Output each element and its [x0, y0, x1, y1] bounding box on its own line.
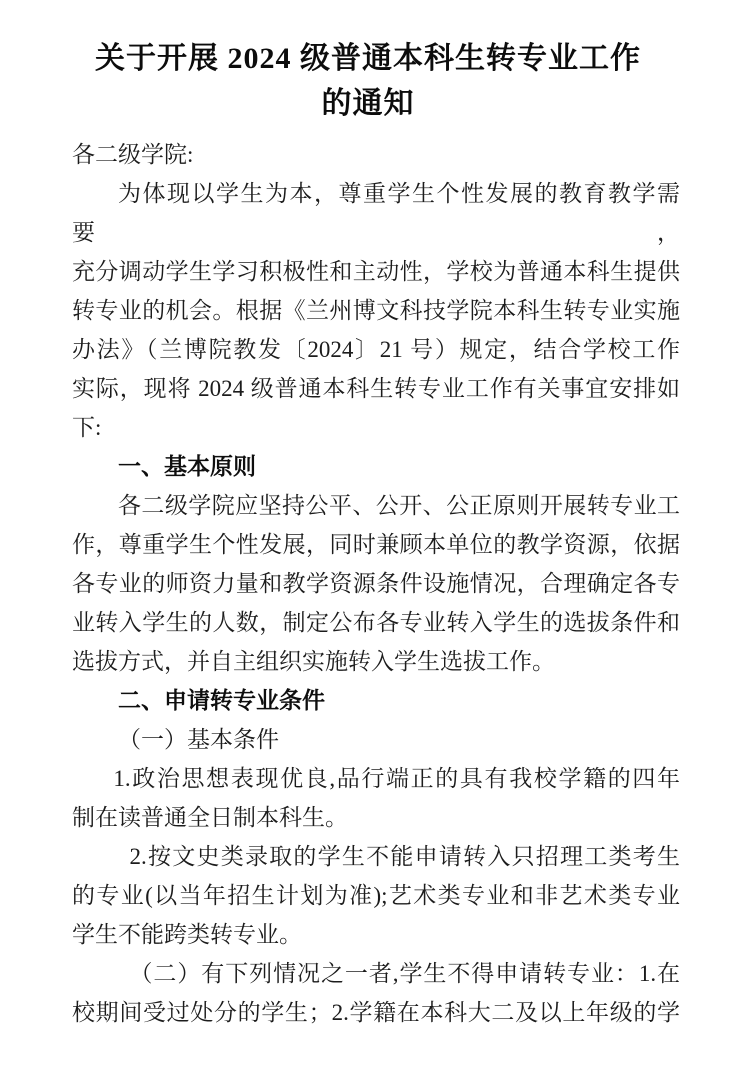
- paragraph: 2.按文史类录取的学生不能申请转入只招理工类考生的专业(以当年招生计划为准);艺…: [72, 837, 680, 954]
- text-line: 选拔方式，并自主组织实施转入学生选拔工作。: [72, 642, 680, 681]
- text-line: 业转入学生的人数，制定公布各专业转入学生的选拔条件和: [72, 603, 680, 642]
- document-title-line-2: 的通知: [0, 81, 736, 126]
- text-line: 二、申请转专业条件: [72, 681, 680, 720]
- text-line: 各二级学院:: [72, 135, 680, 174]
- document-title-line-1: 关于开展 2024 级普通本科生转专业工作: [0, 36, 736, 81]
- text-line: 各二级学院应坚持公平、公开、公正原则开展转专业工: [72, 486, 680, 525]
- text-line: 学生不能跨类转专业。: [72, 915, 680, 954]
- paragraph: （二）有下列情况之一者,学生不得申请转专业：1.在校期间受过处分的学生；2.学籍…: [72, 954, 680, 1032]
- document-title: 关于开展 2024 级普通本科生转专业工作 的通知: [0, 0, 736, 126]
- text-line: 校期间受过处分的学生；2.学籍在本科大二及以上年级的学: [72, 993, 680, 1032]
- text-line: （一）基本条件: [72, 720, 680, 759]
- text-line: （二）有下列情况之一者,学生不得申请转专业：1.在: [72, 954, 680, 993]
- paragraph: 各二级学院应坚持公平、公开、公正原则开展转专业工作，尊重学生个性发展，同时兼顾本…: [72, 486, 680, 681]
- paragraph: （一）基本条件: [72, 720, 680, 759]
- document-page: 关于开展 2024 级普通本科生转专业工作 的通知 各二级学院:为体现以学生为本…: [0, 0, 736, 1084]
- text-line: 1.政治思想表现优良,品行端正的具有我校学籍的四年: [72, 759, 680, 798]
- text-line: 的专业(以当年招生计划为准);艺术类专业和非艺术类专业: [72, 876, 680, 915]
- section-heading: 一、基本原则: [72, 447, 680, 486]
- text-line: 办法》（兰博院教发〔2024〕21 号）规定，结合学校工作: [72, 330, 680, 369]
- paragraph: 为体现以学生为本，尊重学生个性发展的教育教学需要，充分调动学生学习积极性和主动性…: [72, 174, 680, 447]
- text-line: 充分调动学生学习积极性和主动性，学校为普通本科生提供: [72, 252, 680, 291]
- section-heading: 二、申请转专业条件: [72, 681, 680, 720]
- text-line: 作，尊重学生个性发展，同时兼顾本单位的教学资源，依据: [72, 525, 680, 564]
- text-line: 为体现以学生为本，尊重学生个性发展的教育教学需要，: [72, 174, 680, 252]
- text-line: 实际，现将 2024 级普通本科生转专业工作有关事宜安排如: [72, 369, 680, 408]
- text-line: 制在读普通全日制本科生。: [72, 798, 680, 837]
- text-line: 下:: [72, 408, 680, 447]
- text-line: 一、基本原则: [72, 447, 680, 486]
- text-line: 2.按文史类录取的学生不能申请转入只招理工类考生: [72, 837, 680, 876]
- text-line: 各专业的师资力量和教学资源条件设施情况，合理确定各专: [72, 564, 680, 603]
- paragraph: 1.政治思想表现优良,品行端正的具有我校学籍的四年制在读普通全日制本科生。: [72, 759, 680, 837]
- document-body: 各二级学院:为体现以学生为本，尊重学生个性发展的教育教学需要，充分调动学生学习积…: [72, 135, 680, 1032]
- text-line: 转专业的机会。根据《兰州博文科技学院本科生转专业实施: [72, 291, 680, 330]
- salutation: 各二级学院:: [72, 135, 680, 174]
